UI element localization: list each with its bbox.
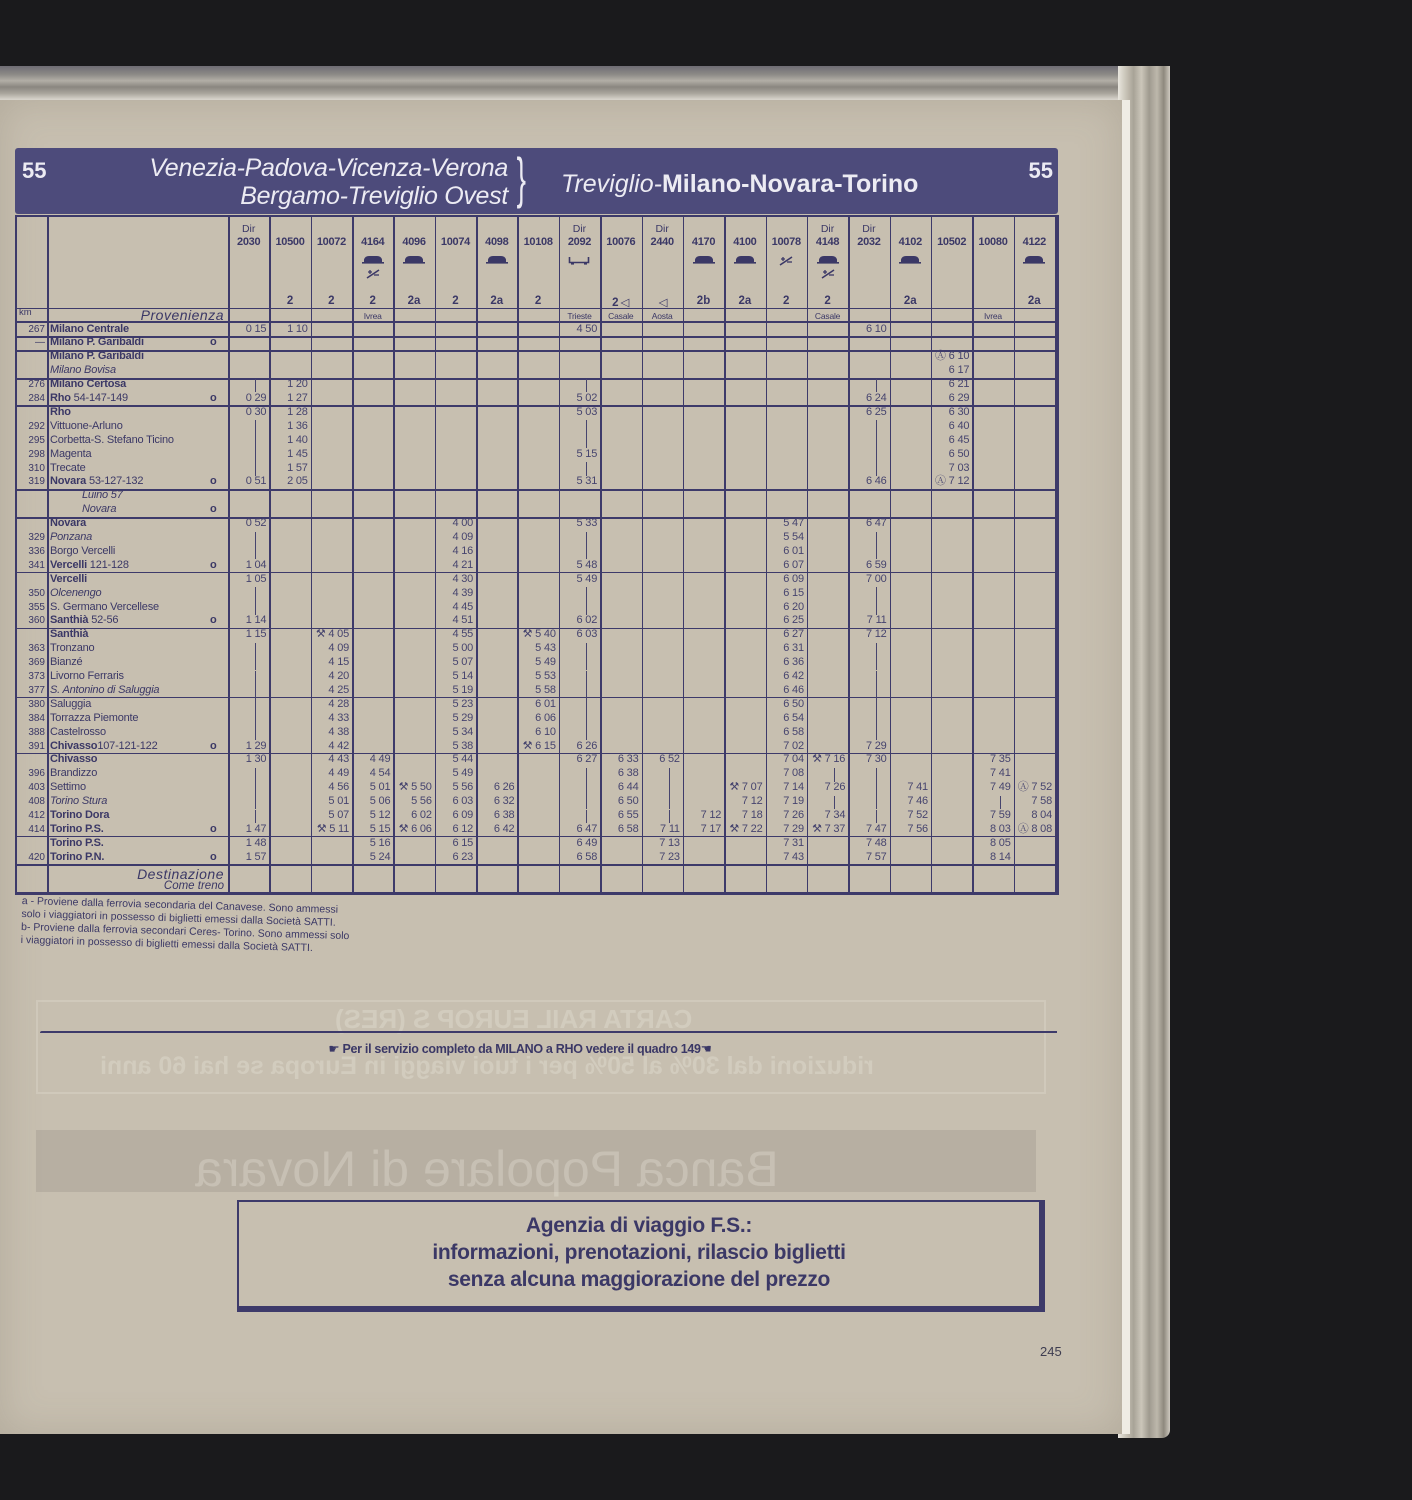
- station-name: Milano P. Garibaldi: [50, 350, 144, 364]
- time-cell: 5 24: [346, 851, 390, 865]
- class-label: 2: [535, 295, 541, 307]
- connection-marker: o: [210, 614, 217, 628]
- time-cell: 7 41: [966, 767, 1010, 781]
- time-cell: 7 00: [842, 573, 886, 587]
- pass-through-line: [255, 462, 256, 476]
- pass-through-line: [255, 698, 256, 712]
- time-cell: 4 49: [346, 753, 390, 767]
- time-cell: ⚒ 7 37: [801, 823, 845, 837]
- time-cell: 5 03: [553, 406, 597, 420]
- station-label: Santhià: [50, 628, 88, 640]
- time-cell: 6 29: [925, 392, 969, 406]
- time-cell: 6 36: [760, 656, 804, 670]
- class-label: 2a: [408, 295, 421, 307]
- train-class-note: 2: [517, 295, 558, 307]
- pass-through-line: [669, 768, 670, 782]
- train-number: 4102: [890, 236, 931, 248]
- time-cell: 4 15: [305, 656, 349, 670]
- time-cell: 1 30: [222, 753, 266, 767]
- station-name: Borgo Vercelli: [50, 545, 115, 559]
- railcar-icon: [393, 255, 434, 264]
- station-label: Torino Dora: [50, 809, 109, 821]
- time-cell: 5 06: [346, 795, 390, 809]
- time-cell: 6 26: [470, 781, 514, 795]
- station-name: Torino P.S.: [50, 823, 104, 837]
- minibar-icon: [352, 268, 393, 279]
- time-cell: 6 01: [760, 545, 804, 559]
- time-cell: 6 59: [842, 559, 886, 573]
- station-name: Milano Centrale: [50, 323, 129, 337]
- time-cell: 7 13: [636, 837, 680, 851]
- time-cell: 5 01: [305, 795, 349, 809]
- time-cell: 6 26: [553, 740, 597, 754]
- time-cell: 1 10: [263, 323, 307, 337]
- time-cell: 4 28: [305, 698, 349, 712]
- pass-through-line: [255, 643, 256, 657]
- class-label: 2b: [697, 295, 710, 307]
- row-separator: [17, 336, 1057, 338]
- time-cell: 4 33: [305, 712, 349, 726]
- station-km: —: [15, 336, 45, 350]
- train-number: 2032: [848, 236, 889, 248]
- route-title: Treviglio-Milano-Novara-Torino: [561, 170, 918, 199]
- pass-through-line: [586, 671, 587, 685]
- table-number-right: 55: [1029, 158, 1053, 184]
- time-cell: 0 52: [222, 517, 266, 531]
- station-name: Milano P. Garibaldi: [50, 336, 144, 350]
- time-cell: 5 47: [760, 517, 804, 531]
- pass-through-line: [255, 587, 256, 601]
- time-cell: 5 23: [429, 698, 473, 712]
- time-cell: 5 12: [346, 809, 390, 823]
- time-cell: 5 44: [429, 753, 473, 767]
- train-class-note: 2: [766, 295, 807, 307]
- time-cell: 1 40: [263, 434, 307, 448]
- pass-through-line: [255, 448, 256, 462]
- pass-through-line: [876, 768, 877, 782]
- column-divider: [517, 217, 519, 893]
- time-cell: 0 29: [222, 392, 266, 406]
- train-class-note: 2: [352, 295, 393, 307]
- train-class-note: 2a: [393, 295, 434, 307]
- time-cell: ⚒ 6 15: [511, 740, 555, 754]
- station-name: Livorno Ferraris: [50, 670, 124, 684]
- pass-through-line: [876, 782, 877, 796]
- station-name: Milano Bovisa: [50, 364, 116, 378]
- time-cell: 4 43: [305, 753, 349, 767]
- pass-through-line: [876, 379, 877, 393]
- station-name: Rho: [50, 406, 71, 420]
- station-name: S. Antonino di Saluggia: [50, 684, 159, 698]
- time-cell: 6 50: [925, 448, 969, 462]
- time-cell: 5 56: [387, 795, 431, 809]
- row-separator: [17, 489, 1057, 491]
- pass-through-line: [876, 434, 877, 448]
- train-number: 4096: [393, 236, 434, 248]
- class-label: 2: [783, 295, 789, 307]
- train-number: 10502: [931, 236, 972, 248]
- station-label: Torino P.S.: [50, 823, 104, 835]
- time-cell: 4 00: [429, 517, 473, 531]
- station-km: 377: [15, 684, 45, 698]
- time-cell: 6 01: [511, 698, 555, 712]
- connection-marker: o: [210, 336, 217, 350]
- train-class-note: 2◁: [600, 295, 641, 309]
- time-cell: 6 38: [594, 767, 638, 781]
- class-label: 2: [370, 295, 376, 307]
- time-cell: 8 05: [966, 837, 1010, 851]
- time-cell: 6 20: [760, 601, 804, 615]
- station-km: 355: [15, 601, 45, 615]
- time-cell: 6 40: [925, 420, 969, 434]
- station-name: Olcenengo: [50, 587, 101, 601]
- time-cell: 5 15: [553, 448, 597, 462]
- time-cell: 4 16: [429, 545, 473, 559]
- time-cell: 7 12: [842, 628, 886, 642]
- advert-line-2: informazioni, prenotazioni, rilascio big…: [239, 1239, 1039, 1266]
- pass-through-line: [255, 532, 256, 546]
- connection-marker: o: [210, 851, 217, 865]
- station-name: Novara: [82, 503, 116, 517]
- train-number: 10078: [766, 236, 807, 248]
- time-cell: ⚒ 5 40: [511, 628, 555, 642]
- row-separator: [17, 892, 1057, 894]
- minibar-icon: [807, 268, 848, 279]
- time-cell: 6 58: [760, 726, 804, 740]
- pass-through-line: [876, 420, 877, 434]
- pass-through-line: [586, 782, 587, 796]
- pass-through-line: [876, 796, 877, 810]
- class-label: 2a: [490, 295, 503, 307]
- station-km: 414: [15, 823, 45, 837]
- station-label: Novara: [50, 475, 86, 487]
- station-km: 384: [15, 712, 45, 726]
- time-cell: 7 18: [718, 809, 762, 823]
- train-category-label: Dir: [228, 223, 269, 235]
- row-separator: [17, 517, 1057, 519]
- come-treno-label: Come treno: [164, 880, 224, 892]
- rho-service-notice: ☛ Per il servizio completo da MILANO a R…: [270, 1041, 770, 1056]
- pass-through-line: [669, 810, 670, 824]
- station-name: S. Germano Vercellese: [50, 601, 159, 615]
- station-label: Torrazza Piemonte: [50, 712, 138, 724]
- pass-through-line: [586, 810, 587, 824]
- time-cell: ⚒ 5 50: [387, 781, 431, 795]
- station-name: Castelrosso: [50, 726, 106, 740]
- time-cell: 4 38: [305, 726, 349, 740]
- time-cell: 7 26: [760, 809, 804, 823]
- station-label: Milano Certosa: [50, 378, 126, 390]
- station-km: 276: [15, 378, 45, 392]
- time-cell: 1 15: [222, 628, 266, 642]
- class-label: 2: [328, 295, 334, 307]
- station-label: Milano P. Garibaldi: [50, 350, 144, 362]
- time-cell: 4 42: [305, 740, 349, 754]
- time-cell: 1 29: [222, 740, 266, 754]
- pass-through-line: [834, 768, 835, 782]
- train-class-note: 2a: [476, 295, 517, 307]
- ghost-text-bank: Banca Popolare di Novara: [195, 1140, 779, 1198]
- time-cell: 5 54: [760, 531, 804, 545]
- time-cell: 6 15: [760, 587, 804, 601]
- station-label: Bianzé: [50, 656, 82, 668]
- station-km: 295: [15, 434, 45, 448]
- time-cell: 4 09: [429, 531, 473, 545]
- pass-through-line: [255, 420, 256, 434]
- time-cell: 6 27: [553, 753, 597, 767]
- route-prefix: Treviglio-: [561, 170, 662, 198]
- pass-through-line: [586, 462, 587, 476]
- time-cell: 7 34: [801, 809, 845, 823]
- station-label: Chivasso: [50, 753, 97, 765]
- station-km: 336: [15, 545, 45, 559]
- time-cell: 6 10: [511, 726, 555, 740]
- pass-through-line: [876, 698, 877, 712]
- time-cell: 7 17: [677, 823, 721, 837]
- pass-through-line: [876, 532, 877, 546]
- time-cell: 5 49: [511, 656, 555, 670]
- table-header-band: 55 Venezia-Padova-Vicenza-Verona Bergamo…: [15, 148, 1058, 214]
- train-category-label: Dir: [642, 223, 683, 235]
- pass-through-line: [255, 671, 256, 685]
- station-label: Trecate: [50, 462, 85, 474]
- time-cell: 4 30: [429, 573, 473, 587]
- time-cell: 6 15: [429, 837, 473, 851]
- station-name: Vittuone-Arluno: [50, 420, 123, 434]
- table-number-left: 55: [22, 158, 46, 184]
- time-cell: 5 29: [429, 712, 473, 726]
- train-number: 4164: [352, 236, 393, 248]
- class-label: 2: [612, 297, 618, 309]
- time-cell: 7 11: [842, 614, 886, 628]
- pass-through-line: [586, 601, 587, 615]
- station-label: Novara: [50, 517, 86, 529]
- connection-marker: o: [210, 740, 217, 754]
- pass-through-line: [876, 587, 877, 601]
- time-cell: Ⓐ 8 08: [1008, 823, 1052, 837]
- station-label: Milano P. Garibaldi: [50, 336, 144, 348]
- time-cell: 5 48: [553, 559, 597, 573]
- station-km: 298: [15, 448, 45, 462]
- pass-through-line: [876, 601, 877, 615]
- pass-through-line: [586, 643, 587, 657]
- train-number: 10072: [311, 236, 352, 248]
- time-cell: 7 03: [925, 462, 969, 476]
- time-cell: 7 29: [842, 740, 886, 754]
- class-label: 2: [824, 295, 830, 307]
- station-km: 350: [15, 587, 45, 601]
- time-cell: 5 31: [553, 475, 597, 489]
- time-cell: 1 36: [263, 420, 307, 434]
- train-origin: Trieste: [559, 311, 600, 322]
- pass-through-line: [255, 782, 256, 796]
- train-number: 2440: [642, 236, 683, 248]
- time-cell: 5 49: [429, 767, 473, 781]
- time-cell: 4 56: [305, 781, 349, 795]
- time-cell: 7 02: [760, 740, 804, 754]
- station-name: Torino Stura: [50, 795, 107, 809]
- provenienza-label: Provenienza: [141, 307, 224, 323]
- brace: }: [517, 150, 526, 206]
- class-label: 2a: [904, 295, 917, 307]
- station-label: Saluggia: [50, 698, 91, 710]
- pass-through-line: [876, 462, 877, 476]
- column-divider: [848, 217, 850, 893]
- minibar-icon: [766, 255, 807, 266]
- time-cell: 6 54: [760, 712, 804, 726]
- pass-through-line: [255, 657, 256, 671]
- pass-through-line: [669, 796, 670, 810]
- time-cell: 6 03: [553, 628, 597, 642]
- station-km: 380: [15, 698, 45, 712]
- advert-line-1: Agenzia di viaggio F.S.:: [239, 1212, 1039, 1239]
- station-table-refs: 52-56: [88, 614, 118, 626]
- train-class-note: 2: [435, 295, 476, 307]
- station-label: Corbetta-S. Stefano Ticino: [50, 434, 174, 446]
- row-separator: [17, 350, 1057, 352]
- time-cell: 7 52: [884, 809, 928, 823]
- time-cell: 8 04: [1008, 809, 1052, 823]
- pass-through-line: [586, 657, 587, 671]
- station-name: Corbetta-S. Stefano Ticino: [50, 434, 174, 448]
- time-cell: 5 16: [346, 837, 390, 851]
- pass-through-line: [876, 448, 877, 462]
- station-label: Torino P.N.: [50, 851, 104, 863]
- time-cell: 4 49: [305, 767, 349, 781]
- origin-line-2: Bergamo-Treviglio Ovest: [240, 182, 508, 211]
- station-km: 403: [15, 781, 45, 795]
- column-divider: [683, 217, 685, 893]
- advert-line-3: senza alcuna maggiorazione del prezzo: [239, 1266, 1039, 1293]
- page-number: 245: [1040, 1344, 1062, 1359]
- time-cell: 7 56: [884, 823, 928, 837]
- station-name: Magenta: [50, 448, 91, 462]
- time-cell: 7 41: [884, 781, 928, 795]
- time-cell: 5 33: [553, 517, 597, 531]
- time-cell: 6 30: [925, 406, 969, 420]
- pass-through-line: [586, 684, 587, 698]
- time-cell: 5 07: [305, 809, 349, 823]
- time-cell: 7 59: [966, 809, 1010, 823]
- train-origin: Ivrea: [972, 311, 1013, 322]
- time-cell: 0 30: [222, 406, 266, 420]
- pass-through-line: [255, 796, 256, 810]
- pass-through-line: [876, 684, 877, 698]
- origin-line-1: Venezia-Padova-Vicenza-Verona: [149, 154, 508, 183]
- pass-through-line: [876, 810, 877, 824]
- railcar-icon: [1014, 255, 1055, 264]
- time-cell: 6 58: [594, 823, 638, 837]
- time-cell: 1 45: [263, 448, 307, 462]
- station-table-refs: 54-147-149: [71, 392, 128, 404]
- time-cell: 7 35: [966, 753, 1010, 767]
- pass-through-line: [586, 587, 587, 601]
- pass-through-line: [876, 545, 877, 559]
- time-cell: 4 50: [553, 323, 597, 337]
- time-cell: 4 51: [429, 614, 473, 628]
- train-class-note: 2a: [1014, 295, 1055, 307]
- time-cell: 6 52: [636, 753, 680, 767]
- train-number: 4098: [476, 236, 517, 248]
- time-cell: 1 04: [222, 559, 266, 573]
- station-label: Ponzana: [50, 531, 92, 543]
- time-cell: 6 12: [429, 823, 473, 837]
- time-cell: 1 48: [222, 837, 266, 851]
- time-cell: 6 09: [429, 809, 473, 823]
- time-cell: Ⓐ 7 52: [1008, 781, 1052, 795]
- pass-through-line: [876, 712, 877, 726]
- station-km: 369: [15, 656, 45, 670]
- station-table-refs: 53-127-132: [86, 475, 143, 487]
- time-cell: 6 42: [760, 670, 804, 684]
- time-cell: 6 24: [842, 392, 886, 406]
- time-cell: 6 23: [429, 851, 473, 865]
- time-cell: 8 03: [966, 823, 1010, 837]
- pass-through-line: [669, 782, 670, 796]
- column-divider: [269, 217, 271, 893]
- time-cell: 7 12: [718, 795, 762, 809]
- time-cell: 6 47: [553, 823, 597, 837]
- time-cell: 7 49: [966, 781, 1010, 795]
- train-number: 10080: [972, 236, 1013, 248]
- train-class-note: 2a: [890, 295, 931, 307]
- class-label: 2: [452, 295, 458, 307]
- station-name: Milano Certosa: [50, 378, 126, 392]
- station-label: Novara: [82, 503, 116, 515]
- station-km: 329: [15, 531, 45, 545]
- time-cell: 6 25: [760, 614, 804, 628]
- station-km: 420: [15, 851, 45, 865]
- row-separator: [17, 405, 1057, 406]
- station-name: Bianzé: [50, 656, 82, 670]
- station-label: Vittuone-Arluno: [50, 420, 123, 432]
- station-label: Borgo Vercelli: [50, 545, 115, 557]
- train-category-label: Dir: [807, 223, 848, 235]
- station-km: 391: [15, 740, 45, 754]
- train-origin: Casale: [600, 311, 641, 322]
- station-name: Chivasso: [50, 753, 97, 767]
- station-name: Torino Dora: [50, 809, 109, 823]
- time-cell: 1 27: [263, 392, 307, 406]
- station-label: Settimo: [50, 781, 86, 793]
- station-label: Vercelli: [50, 573, 87, 585]
- station-label: Tronzano: [50, 642, 94, 654]
- time-cell: Ⓐ 6 10: [925, 350, 969, 364]
- station-km: 292: [15, 420, 45, 434]
- time-cell: 7 57: [842, 851, 886, 865]
- train-class-note: 2a: [724, 295, 765, 307]
- time-cell: ⚒ 5 11: [305, 823, 349, 837]
- station-label: Livorno Ferraris: [50, 670, 124, 682]
- time-cell: 6 32: [470, 795, 514, 809]
- station-name: Tronzano: [50, 642, 94, 656]
- route-main: Milano-Novara-Torino: [662, 170, 918, 198]
- time-cell: 6 25: [842, 406, 886, 420]
- through-coach-icon: ◁: [659, 297, 668, 309]
- train-class-note: 2: [311, 295, 352, 307]
- time-cell: Ⓐ 7 12: [925, 475, 969, 489]
- time-cell: 7 29: [760, 823, 804, 837]
- time-cell: 7 31: [760, 837, 804, 851]
- time-cell: 6 42: [470, 823, 514, 837]
- station-label: Torino Stura: [50, 795, 107, 807]
- time-cell: 6 49: [553, 837, 597, 851]
- time-cell: 5 49: [553, 573, 597, 587]
- station-name: Vercelli 121-128: [50, 559, 129, 573]
- station-name: Luino 57: [82, 489, 123, 503]
- time-cell: 5 07: [429, 656, 473, 670]
- pass-through-line: [255, 379, 256, 393]
